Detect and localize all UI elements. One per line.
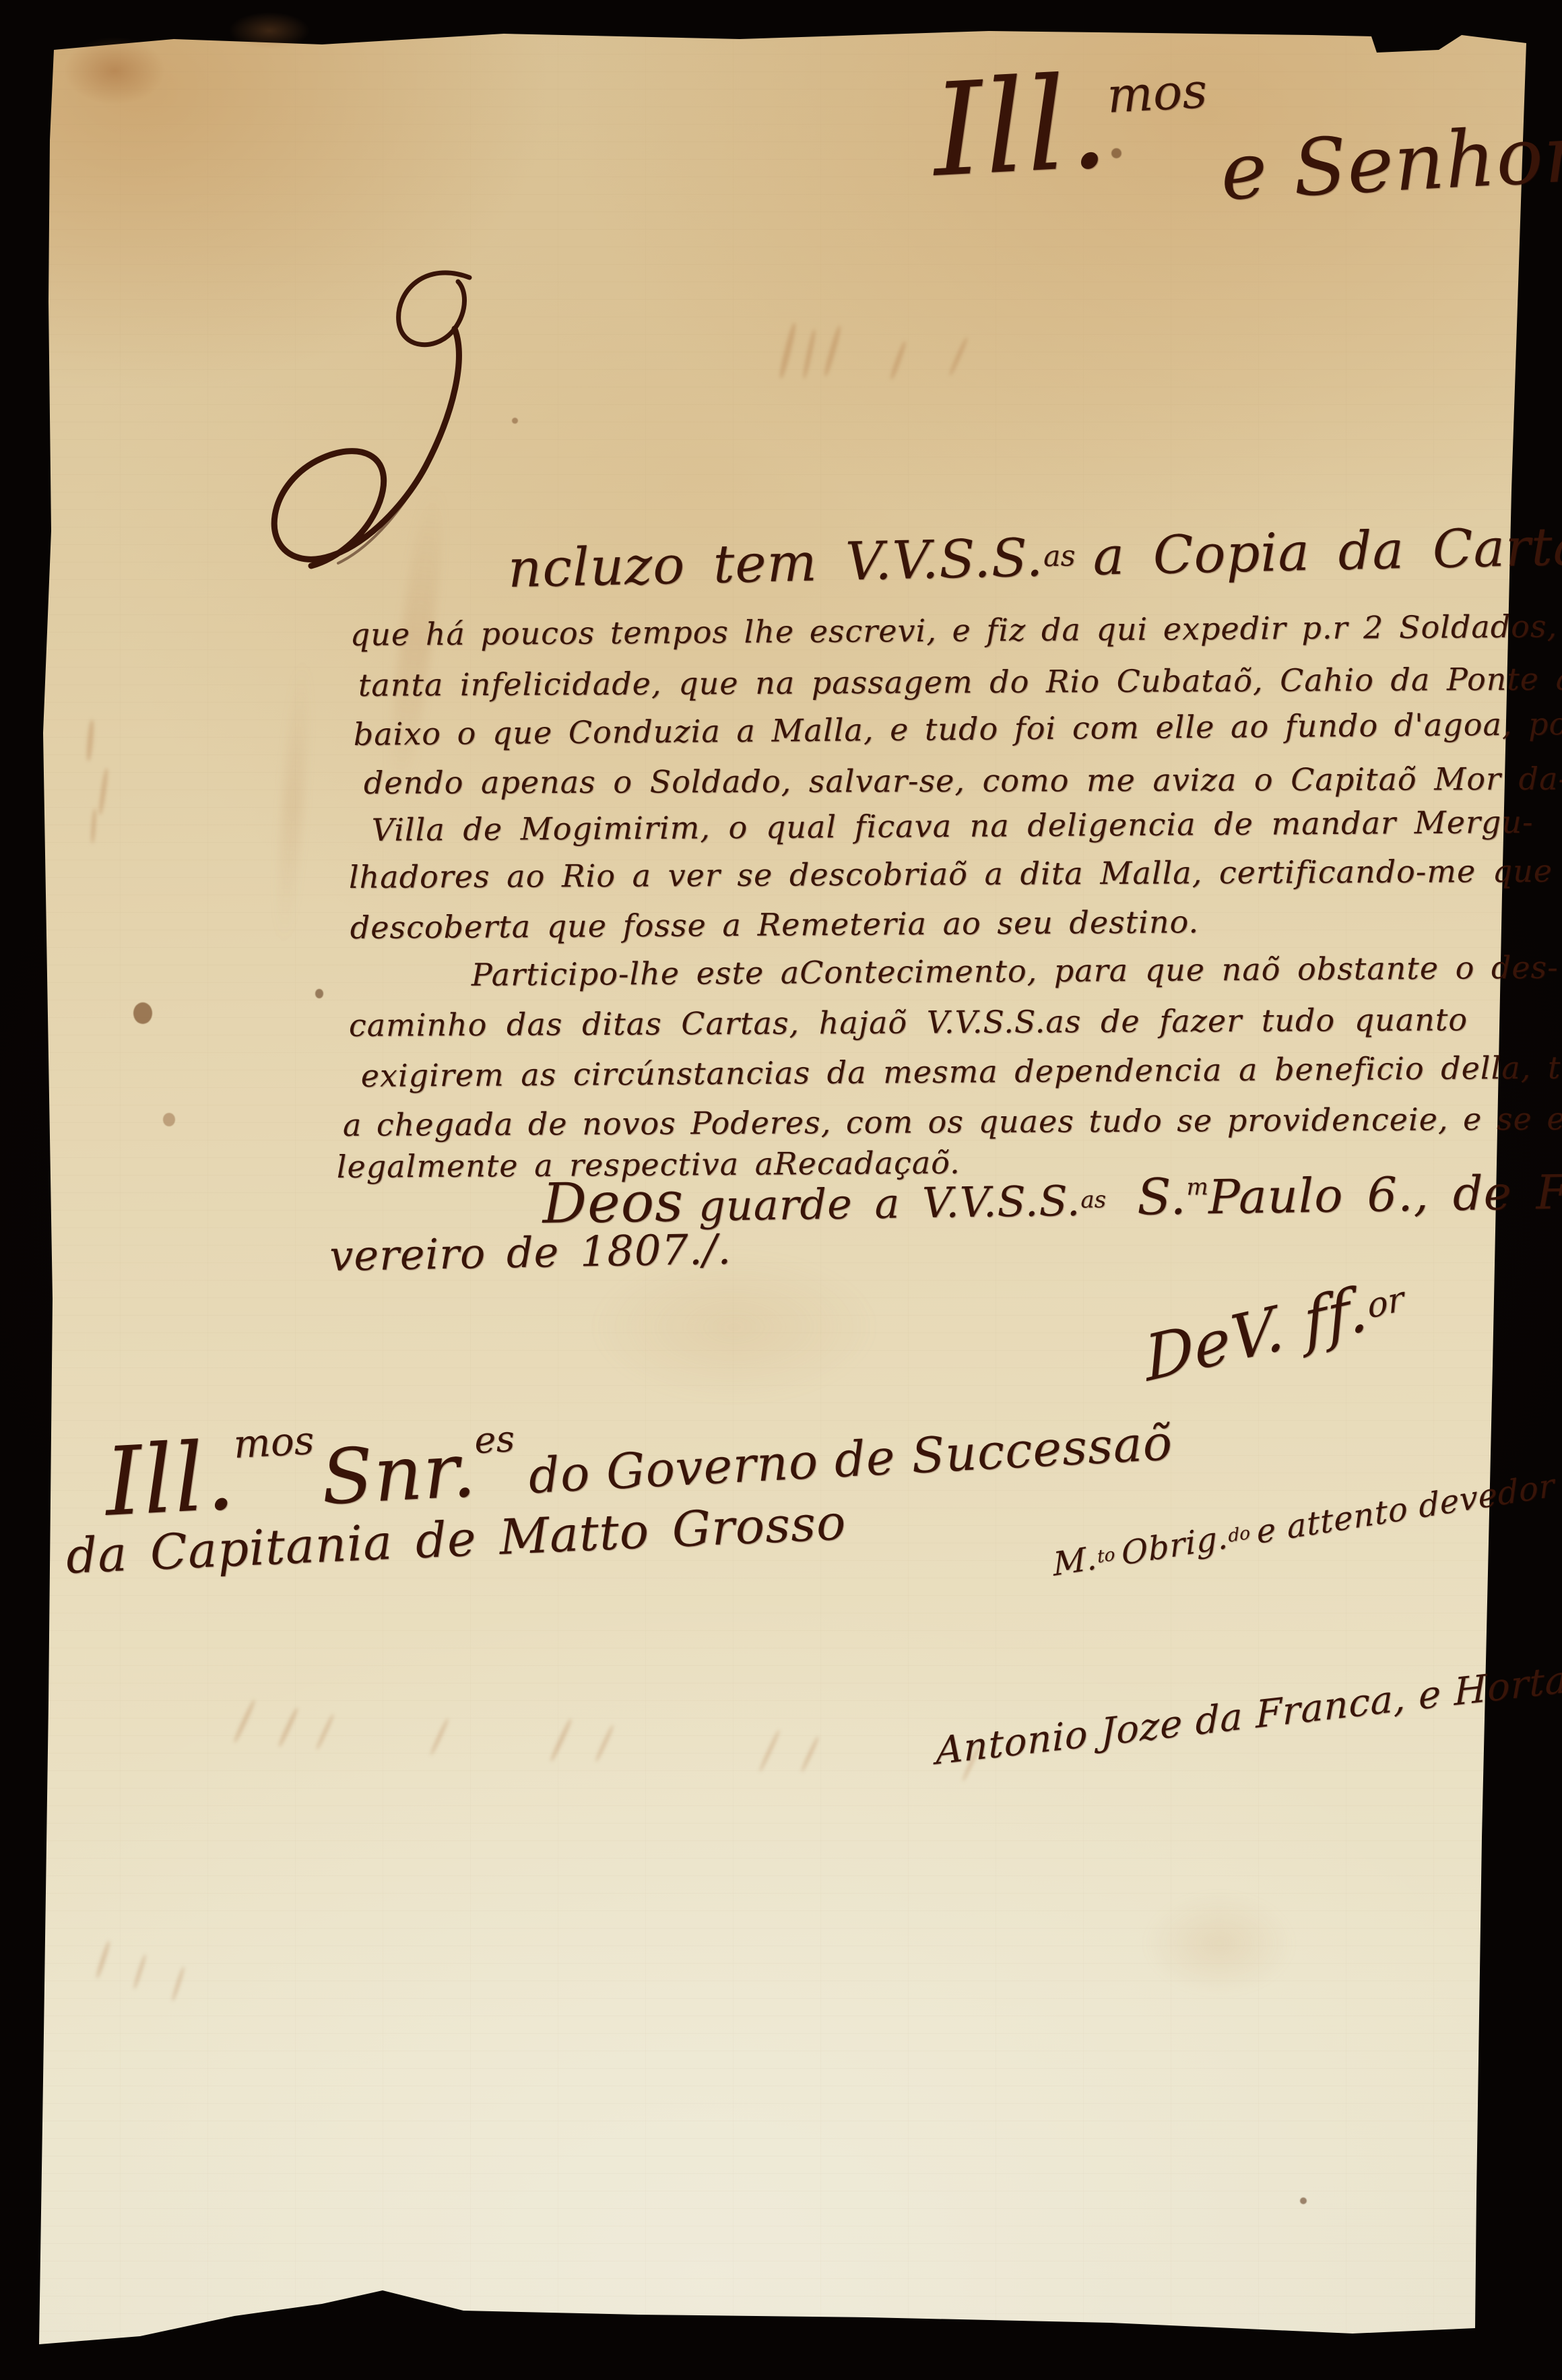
body-line: Participo-lhe este aContecimento, para q…: [471, 949, 1559, 993]
body-line: caminho das ditas Cartas, hajaõ V.V.S.S.…: [349, 1001, 1468, 1043]
address-superscript-mos: mos: [232, 1417, 315, 1467]
closing-place-abbrev: S.: [1136, 1168, 1187, 1227]
closing-place-rest: Paulo 6., de Fe-: [1208, 1164, 1562, 1225]
salutation-abbrev: Ill.: [929, 48, 1112, 205]
opening-line-text: ncluzo tem V.V.S.S.: [507, 527, 1044, 600]
salutation-superscript: mos: [1105, 62, 1208, 124]
address-superscript-es: es: [474, 1417, 516, 1462]
body-line: dendo apenas o Soldado, salvar-se, como …: [364, 761, 1562, 801]
body-line: a chegada de novos Poderes, com os quaes…: [343, 1100, 1562, 1143]
photo-background: Ill.mose Senhores I ncluzo tem V.V.S.S.a…: [0, 0, 1562, 2380]
valediction-superscript: or: [1366, 1278, 1405, 1326]
opening-line-superscript: as: [1043, 539, 1076, 573]
opening-line-rest: a Copia da Carta: [1093, 517, 1562, 587]
address-abbrev-snres: Snr.: [319, 1426, 478, 1522]
opening-initial: I: [264, 264, 507, 601]
salutation-rest: e Senhores: [1218, 110, 1562, 212]
body-line: descoberta que fosse a Remeteria ao seu …: [350, 903, 1200, 946]
date-line: vereiro de 1807./.: [329, 1225, 732, 1281]
salutation: Ill.mose Senhores: [930, 29, 1562, 195]
body-line: lhadores ao Rio a ver se descobriaõ a di…: [349, 853, 1553, 895]
body-line: tanta infelicidade, que na passagem do R…: [358, 660, 1562, 703]
closing-superscript: as: [1080, 1186, 1106, 1214]
opening-initial-swash: [264, 264, 507, 601]
address-abbrev-illmos: Ill.: [102, 1421, 238, 1538]
closing-guarde: guarde a V.V.S.S.: [698, 1176, 1081, 1231]
signoff-superscript-to: to: [1097, 1544, 1115, 1568]
signoff-abbrev-m: M.: [1052, 1539, 1099, 1584]
closing-place-superscript: m: [1186, 1173, 1208, 1200]
signoff-superscript-do: do: [1228, 1522, 1251, 1547]
